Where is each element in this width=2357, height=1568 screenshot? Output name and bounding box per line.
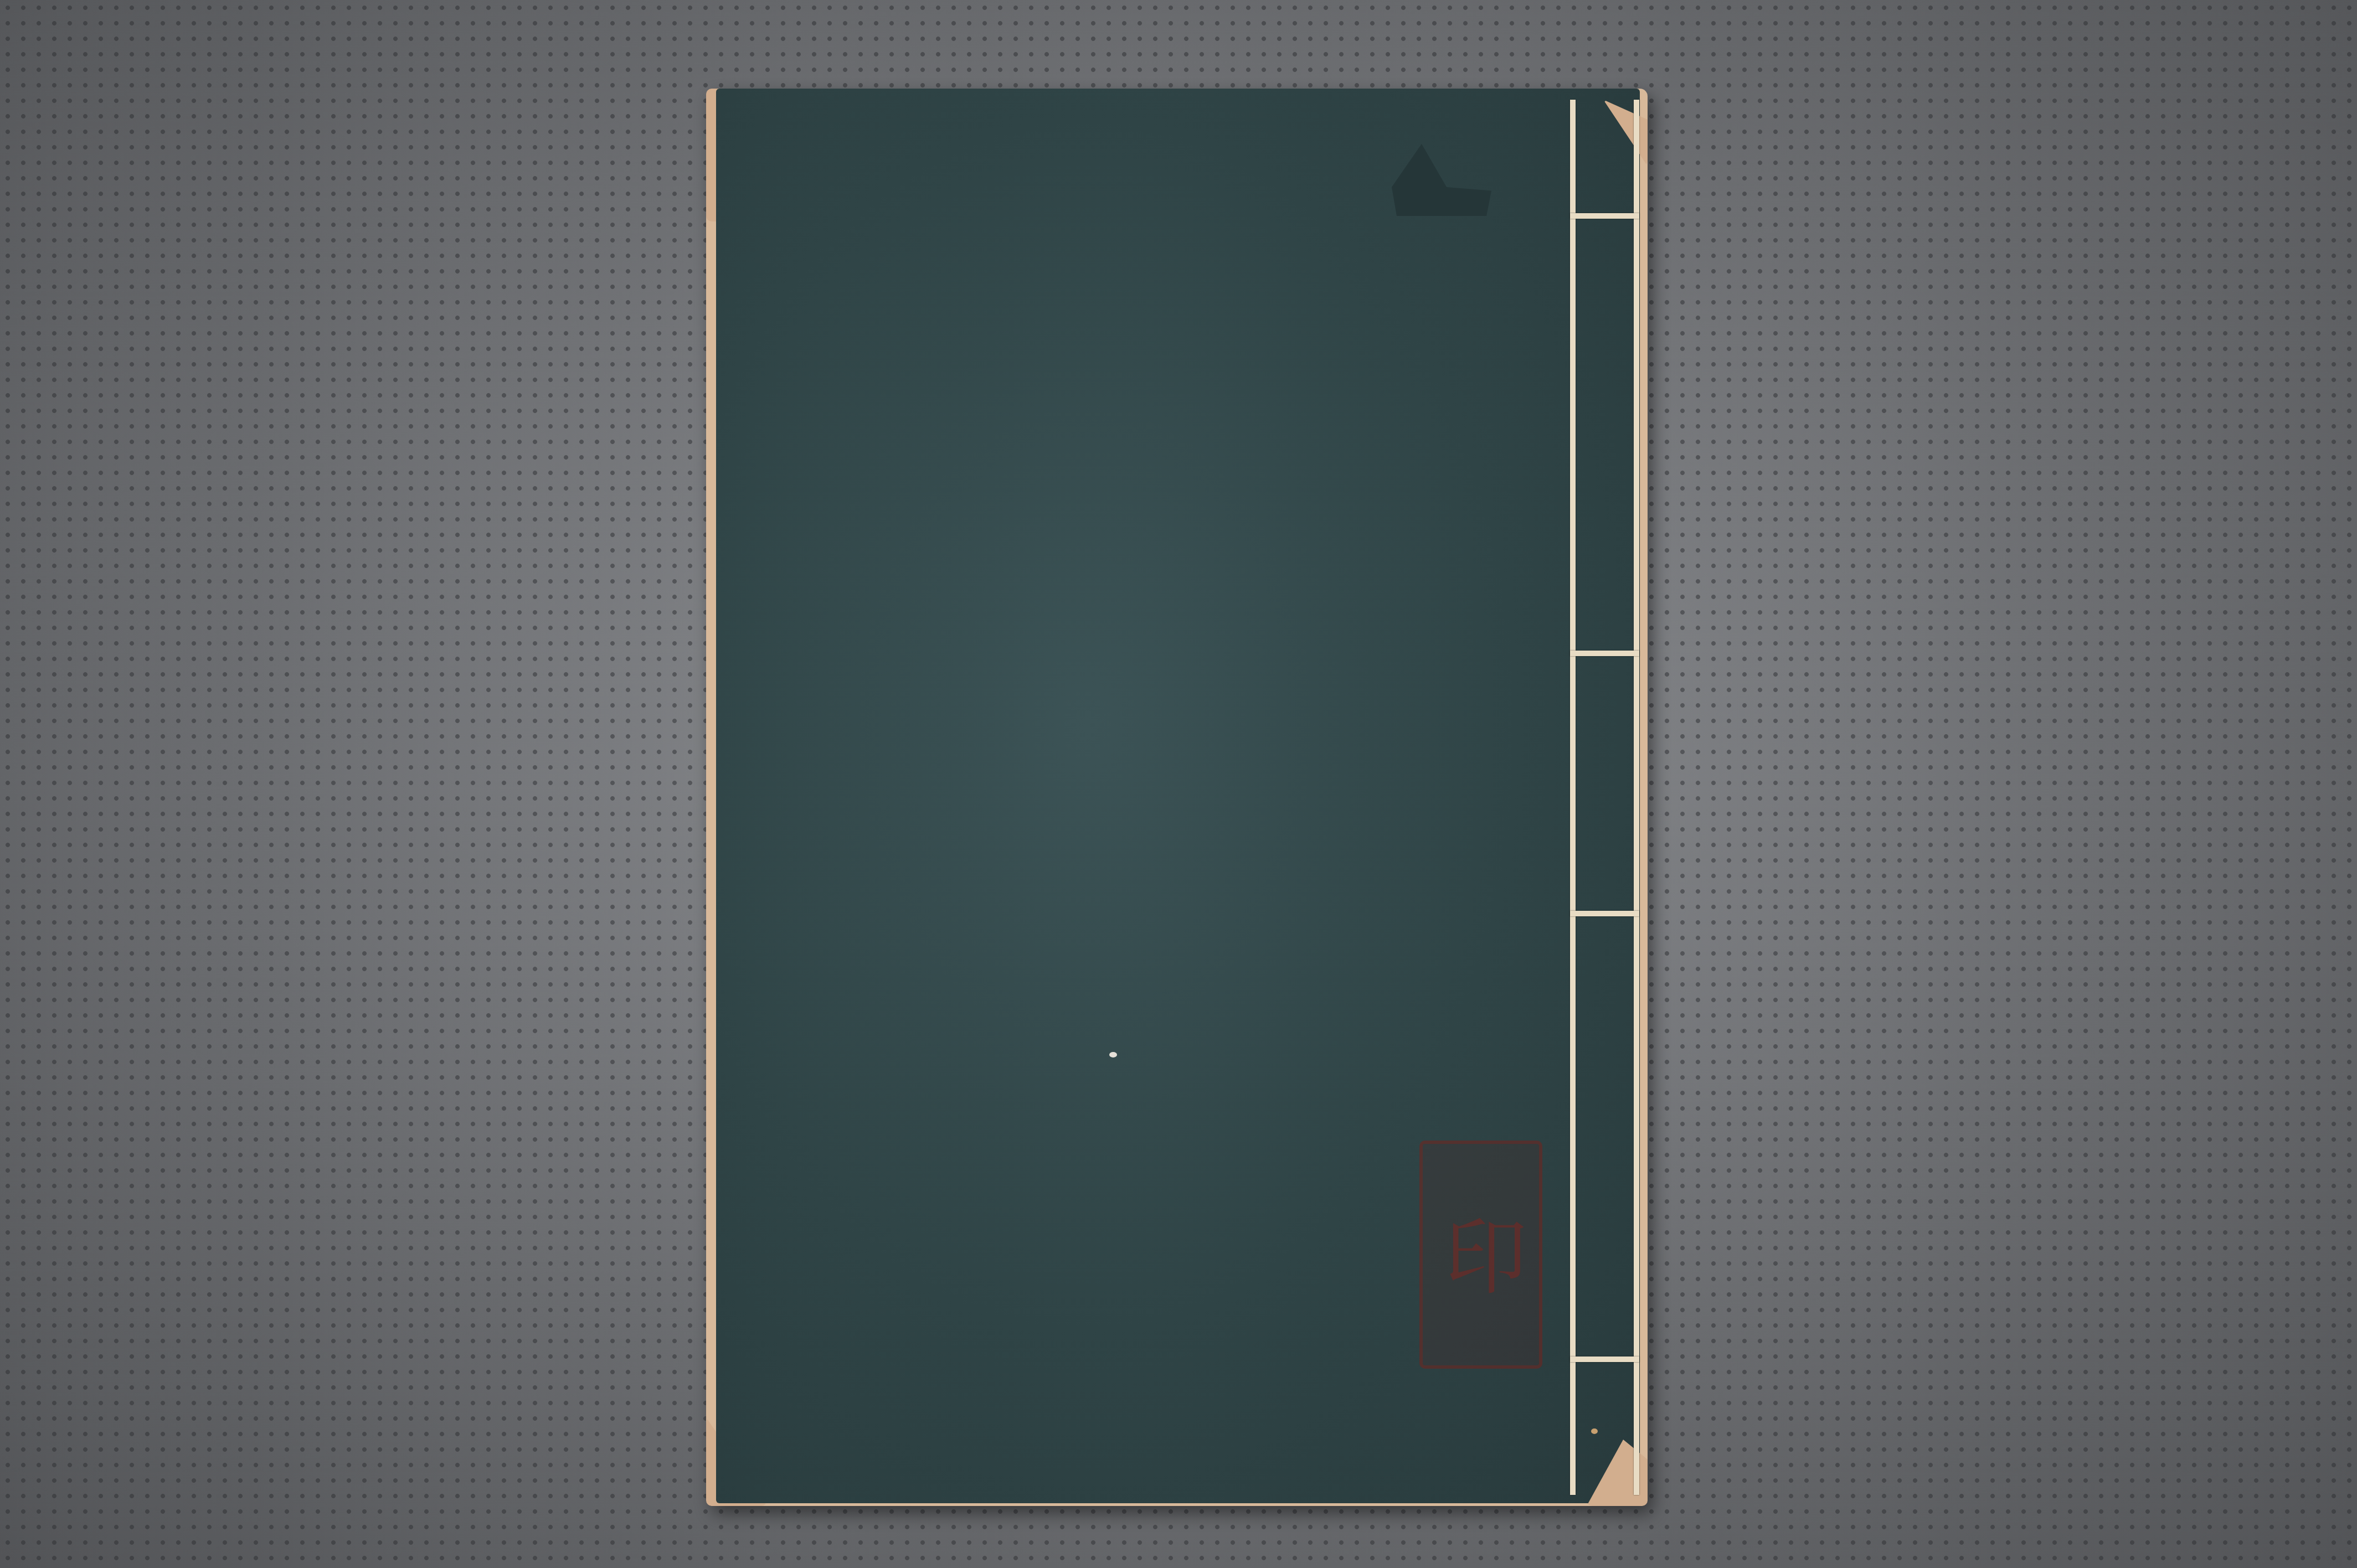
binding-thread-stitch bbox=[1570, 911, 1639, 916]
binding-thread-stitch bbox=[1570, 1356, 1639, 1362]
red-seal-stamp: 印 bbox=[1419, 1141, 1542, 1369]
binding-thread-vertical bbox=[1570, 100, 1576, 1495]
book-cover: 印 bbox=[716, 89, 1640, 1503]
thread-bound-book: 印 bbox=[706, 89, 1648, 1506]
seal-text: 印 bbox=[1434, 1155, 1528, 1354]
binding-thread-stitch bbox=[1570, 213, 1639, 219]
cover-speck bbox=[1591, 1428, 1598, 1434]
cover-tear bbox=[1392, 144, 1491, 216]
binding-thread-stitch bbox=[1570, 651, 1639, 656]
cover-speck bbox=[1109, 1052, 1117, 1058]
binding-thread-spine bbox=[1634, 100, 1639, 1495]
